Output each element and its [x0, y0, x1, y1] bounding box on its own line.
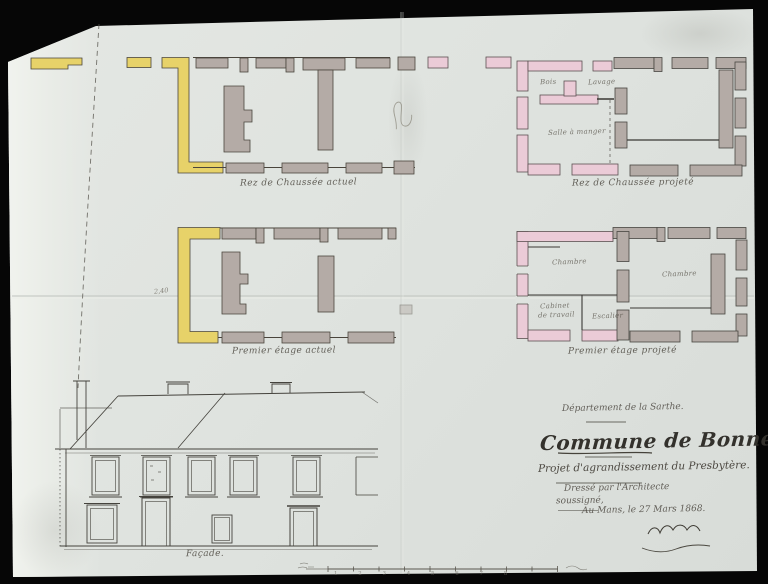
title-drafted-by-2: soussigné, — [556, 496, 604, 507]
photographed-drawing: Rez de Chaussée actuel Rez de Chaussée p… — [0, 0, 768, 584]
room-label: Bois — [540, 78, 557, 87]
architect-signature — [648, 525, 700, 534]
room-label: Chambre — [662, 269, 697, 278]
room-label: Cabinet — [540, 301, 570, 310]
room-label: Lavage — [588, 78, 616, 87]
plan-etage-actuel-walls — [178, 228, 412, 344]
ink-drawing-layer — [0, 0, 768, 584]
title-department: Département de la Sarthe. — [562, 402, 684, 414]
caption-facade: Façade. — [186, 549, 224, 559]
paper-edge-crease — [78, 24, 99, 388]
scale-tick-numbers: 1 2 3 4 5 6 7 8 — [334, 571, 517, 577]
facade-elevation — [55, 381, 378, 550]
room-label: de travail — [538, 310, 575, 319]
plan-rdc-actuel-walls — [31, 57, 415, 174]
title-drafted-by: Dressé par l'Architecte — [564, 482, 670, 494]
caption-etage-actuel: Premier étage actuel — [232, 345, 336, 356]
room-label: Escalier — [592, 311, 623, 320]
caption-rdc-projete: Rez de Chaussée projeté — [572, 177, 694, 188]
caption-rdc-actuel: Rez de Chaussée actuel — [240, 177, 357, 188]
plan-rdc-projete-walls — [428, 57, 746, 176]
room-label: Chambre — [552, 257, 587, 266]
plan-etage-projete-walls — [516, 228, 748, 343]
caption-etage-projete: Premier étage projeté — [568, 345, 677, 356]
dimension-label: 2,40 — [154, 286, 169, 295]
